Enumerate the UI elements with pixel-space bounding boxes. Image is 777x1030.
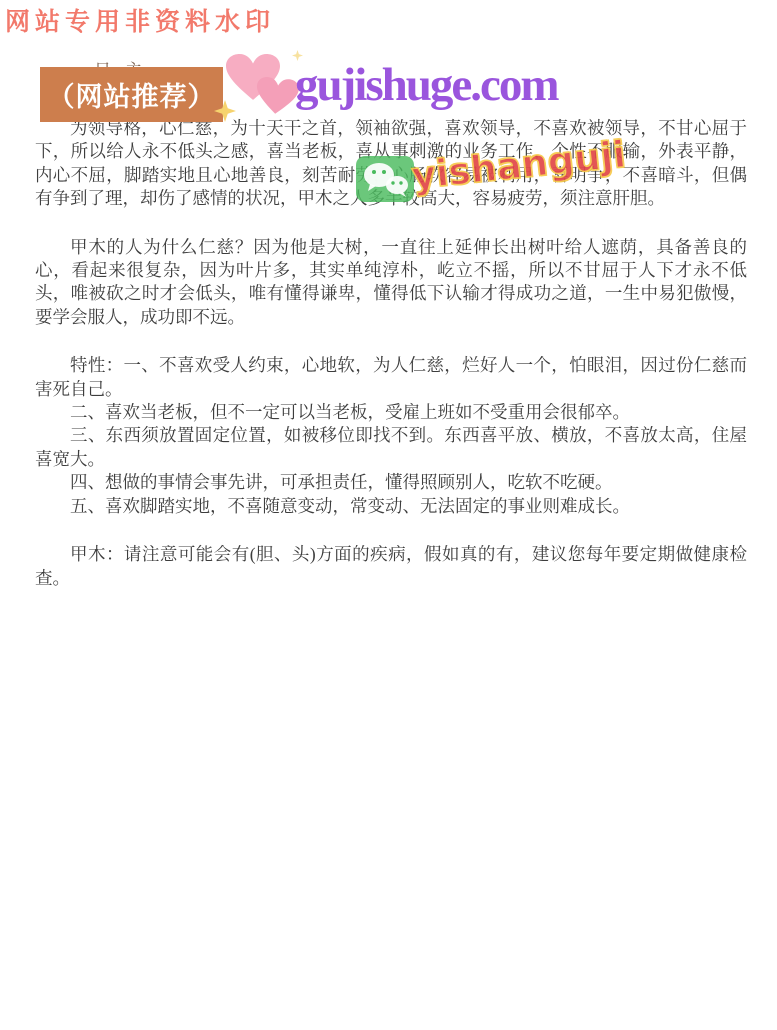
paragraph-trait-5: 五、喜欢脚踏实地，不喜随意变动，常变动、无法固定的事业则难成长。 [35, 495, 747, 518]
paragraph-why-kind: 甲木的人为什么仁慈？因为他是大树，一直往上延伸长出树叶给人遮荫，具备善良的心，看… [35, 236, 747, 330]
paragraph-trait-1: 特性：一、不喜欢受人约束，心地软，为人仁慈，烂好人一个，怕眼泪，因过份仁慈而害死… [35, 354, 747, 401]
document-page: 网站专用非资料水印 日主 （网站推荐） gujishuge.com 为领导格，心… [0, 0, 777, 1030]
paragraph-trait-2: 二、喜欢当老板，但不一定可以当老板，受雇上班如不受重用会很郁卒。 [35, 401, 747, 424]
paragraph-trait-3: 三、东西须放置固定位置，如被移位即找不到。东西喜平放、横放，不喜放太高，住屋喜宽… [35, 424, 747, 471]
wechat-watermark: yishanguji [356, 153, 626, 223]
paragraph-health-note: 甲木：请注意可能会有(胆、头)方面的疾病，假如真的有，建议您每年要定期做健康检查… [35, 543, 747, 590]
paragraph-trait-4: 四、想做的事情会事先讲，可承担责任，懂得照顾别人，吃软不吃硬。 [35, 471, 747, 494]
site-recommend-badge-label: （网站推荐） [48, 75, 216, 114]
site-recommend-badge: （网站推荐） [40, 67, 223, 122]
wechat-icon [356, 156, 414, 207]
heart-small [254, 76, 300, 116]
sparkle-large [214, 100, 236, 122]
top-left-watermark-text: 网站专用非资料水印 [5, 2, 275, 38]
site-domain-link[interactable]: gujishuge.com [295, 58, 558, 112]
